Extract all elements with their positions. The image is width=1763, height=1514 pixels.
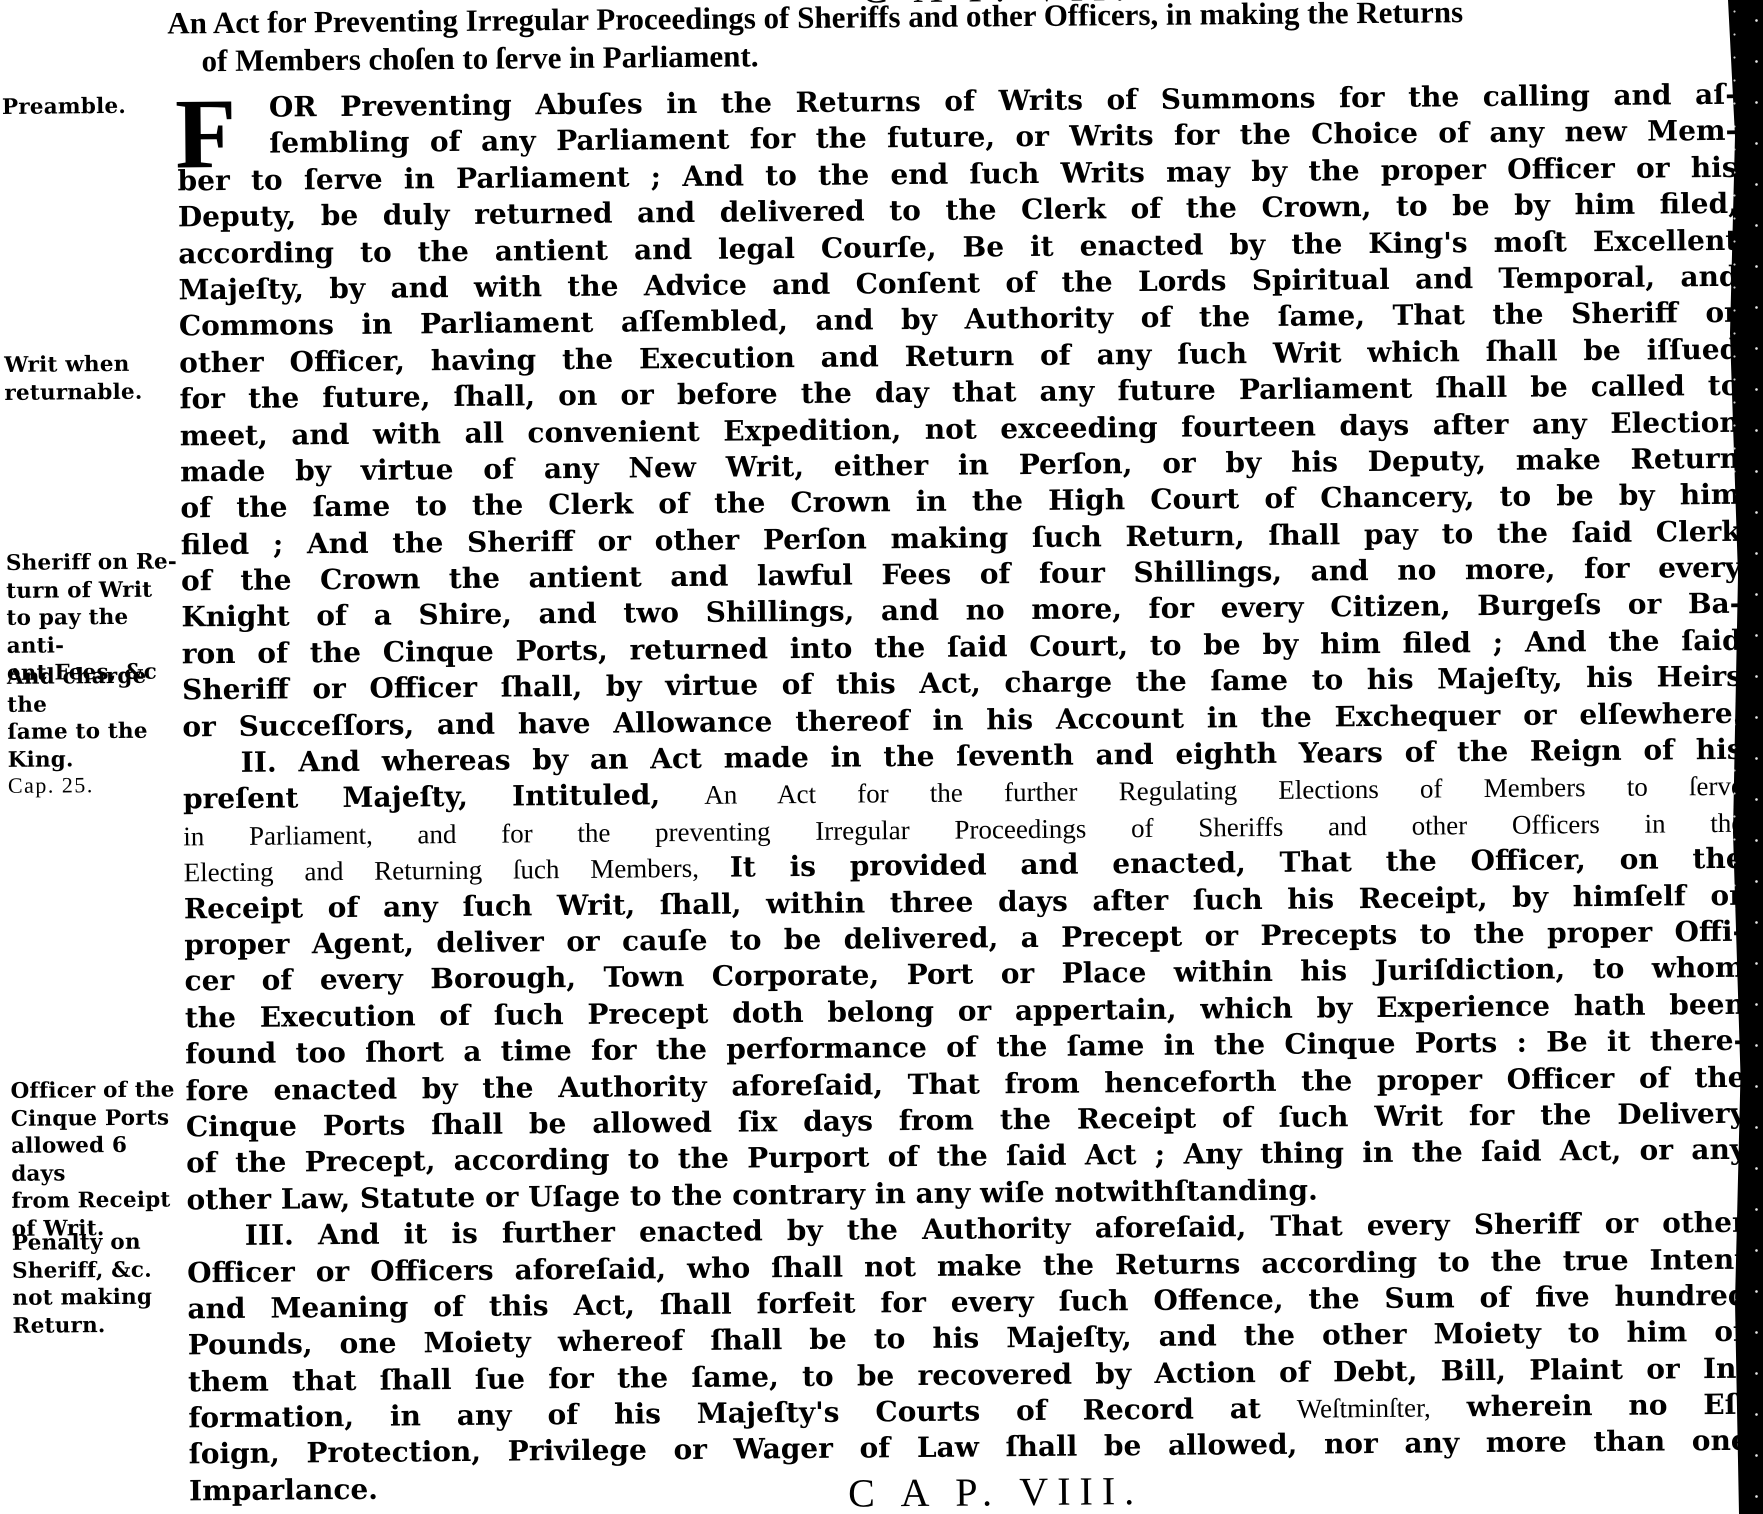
roman-text-segment: An Act for the further Regulating Electi… (704, 771, 1743, 810)
page-sheet: C A P. VII. An Act for Preventing Irregu… (0, 0, 1763, 1514)
margin-note: Writ whenreturnable. (4, 350, 180, 407)
drop-cap-initial: F (175, 84, 237, 185)
roman-text-segment: Weſtminſter, (1297, 1393, 1431, 1424)
margin-note-line: Sheriff, &c. (12, 1256, 188, 1285)
margin-note-line: Preamble. (2, 92, 178, 121)
margin-note: Preamble. (2, 92, 178, 121)
margin-note: Penalty onSheriff, &c.not makingReturn. (12, 1228, 189, 1340)
margin-note-line: Officer of the (10, 1076, 186, 1105)
margin-note-line: Writ when (4, 350, 180, 379)
blackletter-text-segment: wherein no Eſ- (1431, 1388, 1749, 1424)
roman-text-segment: Electing and Returning ſuch Members, (184, 853, 730, 888)
blackletter-text-segment: preſent Majeſty, Intituled, (183, 778, 705, 816)
margin-note-line: Penalty on (12, 1228, 188, 1257)
margin-note: And charge theſame to theKing. (7, 662, 184, 774)
margin-note-line: Cap. 25. (8, 770, 184, 799)
margin-note-line: to pay the anti- (6, 603, 182, 660)
margin-note-line: not making (12, 1283, 188, 1312)
scanned-statute-page: C A P. VII. An Act for Preventing Irregu… (0, 0, 1763, 1514)
running-head-bottom-cropped: C A P. VIII. (848, 1467, 1143, 1514)
margin-note-line: from Receipt (11, 1186, 187, 1215)
blackletter-text-segment: Imparlance. (189, 1473, 378, 1508)
blackletter-text-segment: It is provided and enacted, That the Off… (730, 842, 1744, 884)
margin-note-line: Sheriff on Re- (6, 548, 182, 577)
margin-note-line: Cinque Ports (11, 1104, 187, 1133)
margin-note-line: King. (8, 745, 184, 774)
margin-note-line: returnable. (4, 378, 180, 407)
margin-note-line: turn of Writ (6, 576, 182, 605)
act-body-text: F OR Preventing Abuſes in the Returns of… (177, 77, 1749, 1510)
margin-note: Officer of theCinque Portsallowed 6 days… (10, 1076, 187, 1243)
act-title: An Act for Preventing Irregular Proceedi… (167, 0, 1708, 81)
margin-note-line: ſame to the (7, 717, 183, 746)
margin-note-line: allowed 6 days (11, 1131, 187, 1188)
margin-note-line: Return. (12, 1311, 188, 1340)
margin-note-line: And charge the (7, 662, 183, 719)
margin-note: Cap. 25. (8, 770, 184, 799)
